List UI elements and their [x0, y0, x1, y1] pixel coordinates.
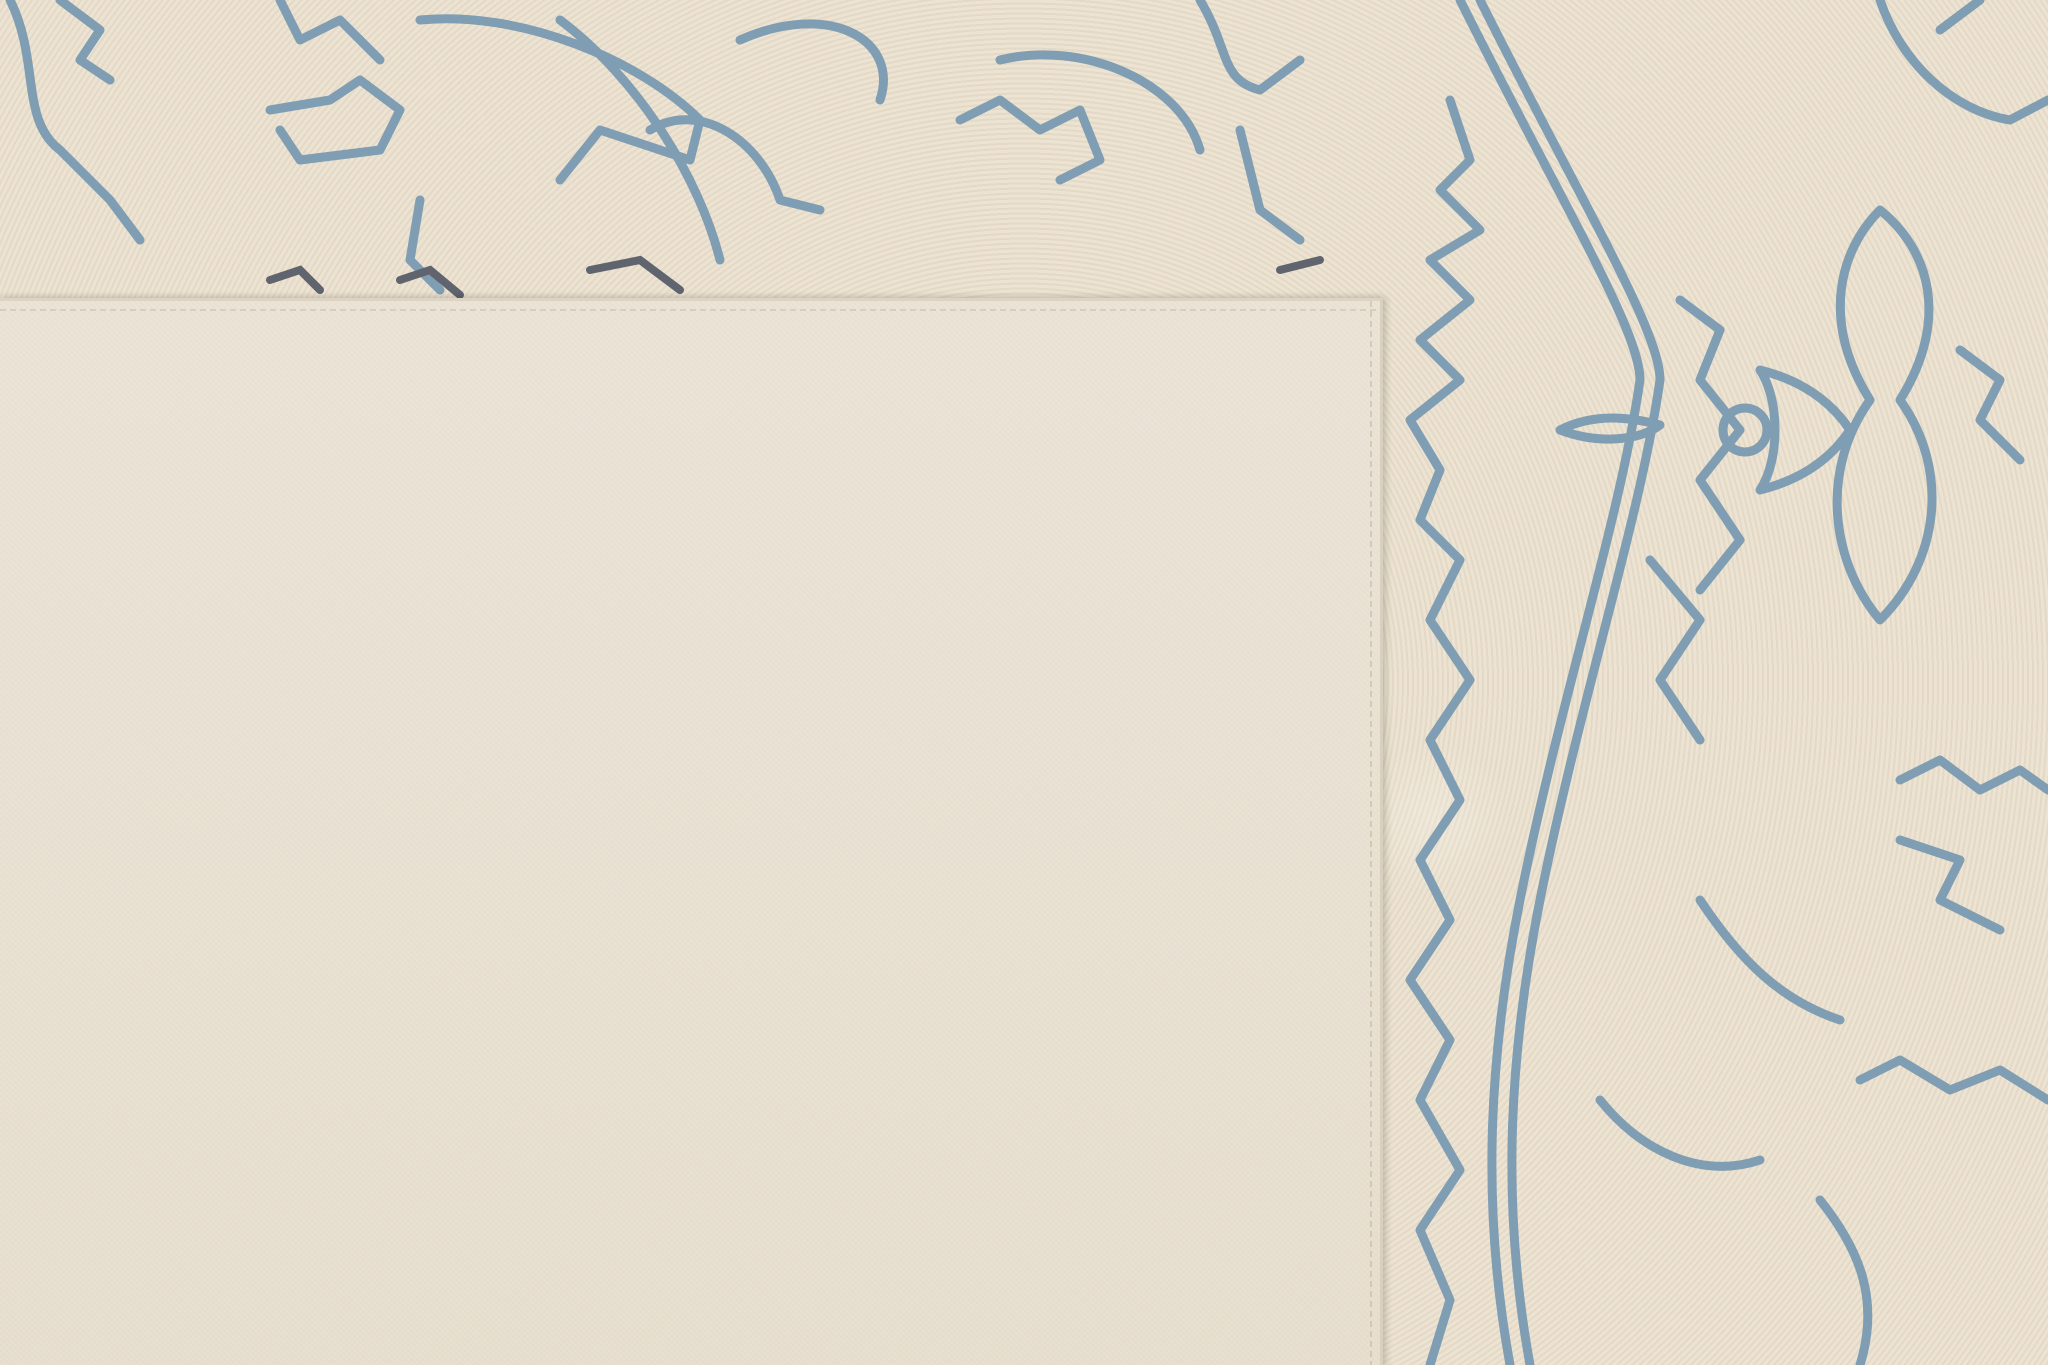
rug-photo: Embroidered crewel rug corner folded ove…: [0, 0, 2048, 1365]
backing-top-hem: [0, 309, 1380, 311]
backing-side-hem: [1370, 301, 1372, 1365]
canvas-backing-fold: [0, 298, 1383, 1365]
